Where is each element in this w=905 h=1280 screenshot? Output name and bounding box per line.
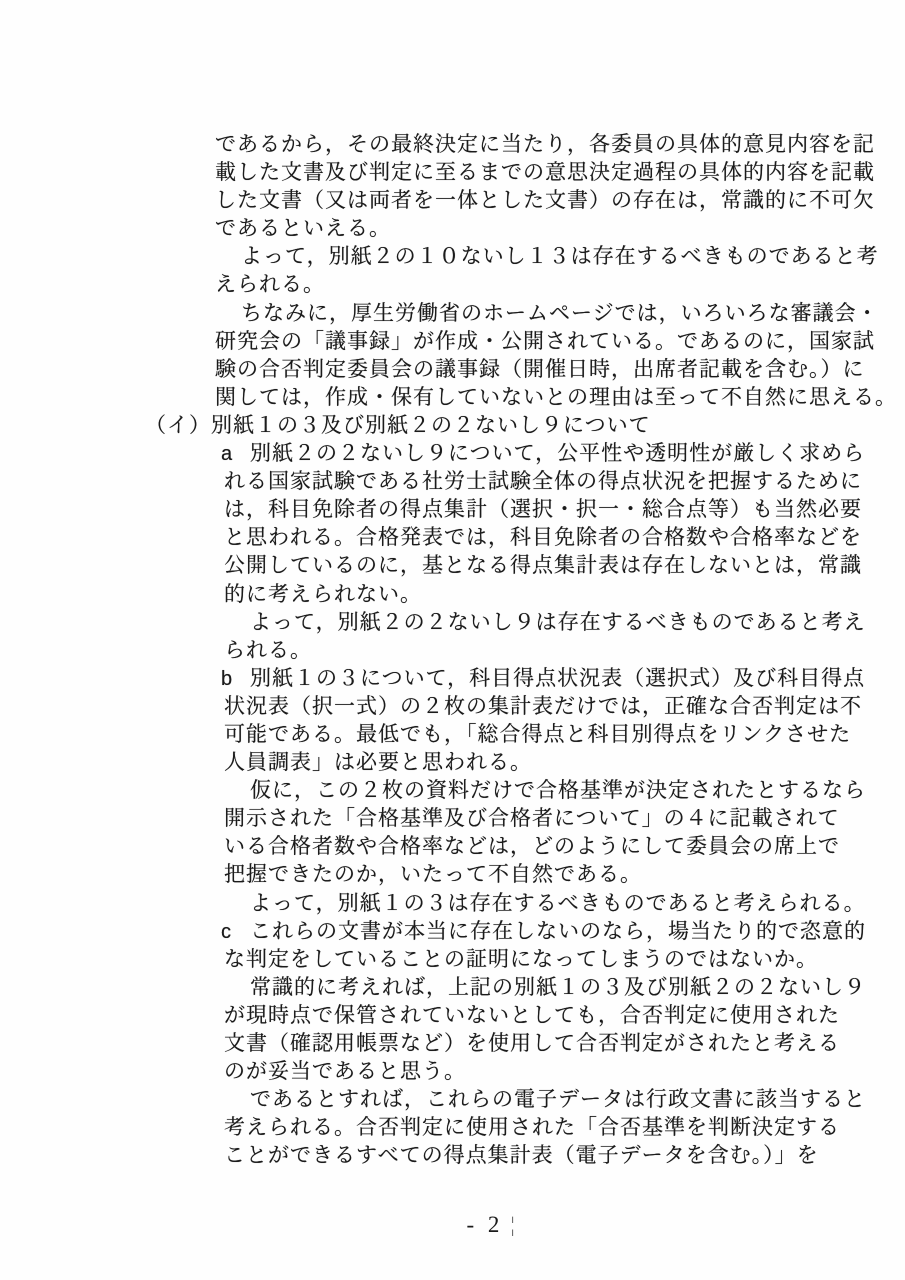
- line-text: 常識的に考えれば，上記の別紙１の３及び別紙２の２ないし９: [250, 976, 866, 999]
- text-line: 関しては，作成・保有していないとの理由は至って不自然に思える。: [0, 384, 905, 412]
- line-text: 的に考えられない。: [224, 583, 422, 606]
- text-line: 常識的に考えれば，上記の別紙１の３及び別紙２の２ないし９: [0, 974, 905, 1002]
- scan-artifact-mark: ¦: [510, 1213, 518, 1238]
- text-line: が現時点で保管されていないとしても，合否判定に使用された: [0, 1002, 905, 1030]
- line-text: 研究会の「議事録」が作成・公開されている。であるのに，国家試: [215, 330, 875, 353]
- text-line: は，科目免除者の得点集計（選択・択一・総合点等）も当然必要: [0, 496, 905, 524]
- line-text: した文書（又は両者を一体とした文書）の存在は，常識的に不可欠: [215, 189, 875, 212]
- text-line: と思われる。合格発表では，科目免除者の合格数や合格率などを: [0, 524, 905, 552]
- line-text: これらの文書が本当に存在しないのなら，場当たり的で恣意的: [250, 920, 866, 943]
- text-line: ことができるすべての得点集計表（電子データを含む。）」を: [0, 1142, 905, 1170]
- text-line: a別紙２の２ないし９について，公平性や透明性が厳しく求めら: [0, 440, 905, 468]
- list-item-marker-a: a: [221, 440, 250, 468]
- document-body: であるから，その最終決定に当たり，各委員の具体的意見内容を記載した文書及び判定に…: [0, 131, 905, 1170]
- line-text: ちなみに，厚生労働省のホームページでは，いろいろな審議会・: [241, 302, 879, 325]
- line-text: 人員調表」は必要と思われる。: [224, 751, 532, 774]
- text-line: 仮に，この２枚の資料だけで合格基準が決定されたとするなら: [0, 777, 905, 805]
- text-line: 開示された「合格基準及び合格者について」の４に記載されて: [0, 805, 905, 833]
- line-text: のが妥当であると思う。: [224, 1060, 466, 1083]
- line-text: が現時点で保管されていないとしても，合否判定に使用された: [224, 1004, 840, 1027]
- line-text: られる。: [224, 639, 312, 662]
- line-text: ことができるすべての得点集計表（電子データを含む。）」を: [224, 1144, 819, 1167]
- line-text: よって，別紙２の２ないし９は存在するべきものであると考え: [250, 611, 866, 634]
- text-line: 文書（確認用帳票など）を使用して合否判定がされたと考える: [0, 1030, 905, 1058]
- text-line: であるから，その最終決定に当たり，各委員の具体的意見内容を記: [0, 131, 905, 159]
- line-text: えられる。: [215, 273, 325, 296]
- text-line: のが妥当であると思う。: [0, 1058, 905, 1086]
- text-line: した文書（又は両者を一体とした文書）の存在は，常識的に不可欠: [0, 187, 905, 215]
- line-text: 載した文書及び判定に至るまでの意思決定過程の具体的内容を記載: [215, 161, 875, 184]
- line-text: 把握できたのか，いたって不自然である。: [224, 863, 642, 886]
- line-text: よって，別紙１の３は存在するべきものであると考えられる。: [250, 892, 866, 915]
- text-line: な判定をしていることの証明になってしまうのではないか。: [0, 946, 905, 974]
- text-line: よって，別紙２の１０ないし１３は存在するべきものであると考: [0, 243, 905, 271]
- text-line: 載した文書及び判定に至るまでの意思決定過程の具体的内容を記載: [0, 159, 905, 187]
- text-line: 的に考えられない。: [0, 581, 905, 609]
- text-line: 考えられる。合否判定に使用された「合否基準を判断決定する: [0, 1114, 905, 1142]
- text-line: 験の合否判定委員会の議事録（開催日時，出席者記載を含む。）に: [0, 356, 905, 384]
- page-number-row: - 2¦: [408, 1186, 519, 1264]
- line-text: よって，別紙２の１０ないし１３は存在するべきものであると考: [241, 245, 879, 268]
- text-line: よって，別紙１の３は存在するべきものであると考えられる。: [0, 890, 905, 918]
- line-text: 考えられる。合否判定に使用された「合否基準を判断決定する: [224, 1116, 840, 1139]
- line-text: 公開しているのに，基となる得点集計表は存在しないとは，常識: [224, 554, 862, 577]
- line-text: れる国家試験である社労士試験全体の得点状況を把握するために: [224, 470, 862, 493]
- text-line: よって，別紙２の２ないし９は存在するべきものであると考え: [0, 609, 905, 637]
- text-line: 公開しているのに，基となる得点集計表は存在しないとは，常識: [0, 552, 905, 580]
- list-item-marker-c: c: [221, 918, 250, 946]
- line-text: 可能である。最低でも，「総合得点と科目別得点をリンクさせた: [224, 723, 851, 746]
- line-text: 開示された「合格基準及び合格者について」の４に記載されて: [224, 807, 840, 830]
- line-text: 別紙１の３について，科目得点状況表（選択式）及び科目得点: [250, 667, 865, 690]
- text-line: えられる。: [0, 271, 905, 299]
- text-line: b別紙１の３について，科目得点状況表（選択式）及び科目得点: [0, 665, 905, 693]
- line-text: であるといえる。: [215, 217, 391, 240]
- line-text: であるとすれば，これらの電子データは行政文書に該当すると: [250, 1088, 866, 1111]
- line-text: 験の合否判定委員会の議事録（開催日時，出席者記載を含む。）に: [215, 358, 865, 381]
- line-text: 別紙２の２ないし９について，公平性や透明性が厳しく求めら: [250, 442, 865, 465]
- text-line: 状況表（択一式）の２枚の集計表だけでは，正確な合否判定は不: [0, 693, 905, 721]
- text-line: であるといえる。: [0, 215, 905, 243]
- text-line: られる。: [0, 637, 905, 665]
- scanned-document-page: であるから，その最終決定に当たり，各委員の具体的意見内容を記載した文書及び判定に…: [0, 0, 905, 1280]
- text-line: cこれらの文書が本当に存在しないのなら，場当たり的で恣意的: [0, 918, 905, 946]
- line-text: と思われる。合格発表では，科目免除者の合格数や合格率などを: [224, 526, 862, 549]
- section-heading: （イ）別紙１の３及び別紙２の２ないし９について: [0, 412, 905, 440]
- text-line: いる合格者数や合格率などは，どのようにして委員会の席上で: [0, 833, 905, 861]
- page-number: - 2: [467, 1212, 504, 1237]
- text-line: 研究会の「議事録」が作成・公開されている。であるのに，国家試: [0, 328, 905, 356]
- text-line: ちなみに，厚生労働省のホームページでは，いろいろな審議会・: [0, 300, 905, 328]
- line-text: 状況表（択一式）の２枚の集計表だけでは，正確な合否判定は不: [224, 695, 862, 718]
- line-text: いる合格者数や合格率などは，どのようにして委員会の席上で: [224, 835, 840, 858]
- line-text: な判定をしていることの証明になってしまうのではないか。: [224, 948, 818, 971]
- text-line: 可能である。最低でも，「総合得点と科目別得点をリンクさせた: [0, 721, 905, 749]
- text-line: 人員調表」は必要と思われる。: [0, 749, 905, 777]
- line-text: 関しては，作成・保有していないとの理由は至って不自然に思える。: [215, 386, 897, 409]
- line-text: 文書（確認用帳票など）を使用して合否判定がされたと考える: [224, 1032, 840, 1055]
- line-text: は，科目免除者の得点集計（選択・択一・総合点等）も当然必要: [224, 498, 862, 521]
- line-text: であるから，その最終決定に当たり，各委員の具体的意見内容を記: [215, 133, 875, 156]
- list-item-marker-b: b: [221, 665, 250, 693]
- text-line: れる国家試験である社労士試験全体の得点状況を把握するために: [0, 468, 905, 496]
- line-text: 仮に，この２枚の資料だけで合格基準が決定されたとするなら: [250, 779, 866, 802]
- line-text: （イ）別紙１の３及び別紙２の２ないし９について: [145, 414, 651, 437]
- text-line: 把握できたのか，いたって不自然である。: [0, 861, 905, 889]
- text-line: であるとすれば，これらの電子データは行政文書に該当すると: [0, 1086, 905, 1114]
